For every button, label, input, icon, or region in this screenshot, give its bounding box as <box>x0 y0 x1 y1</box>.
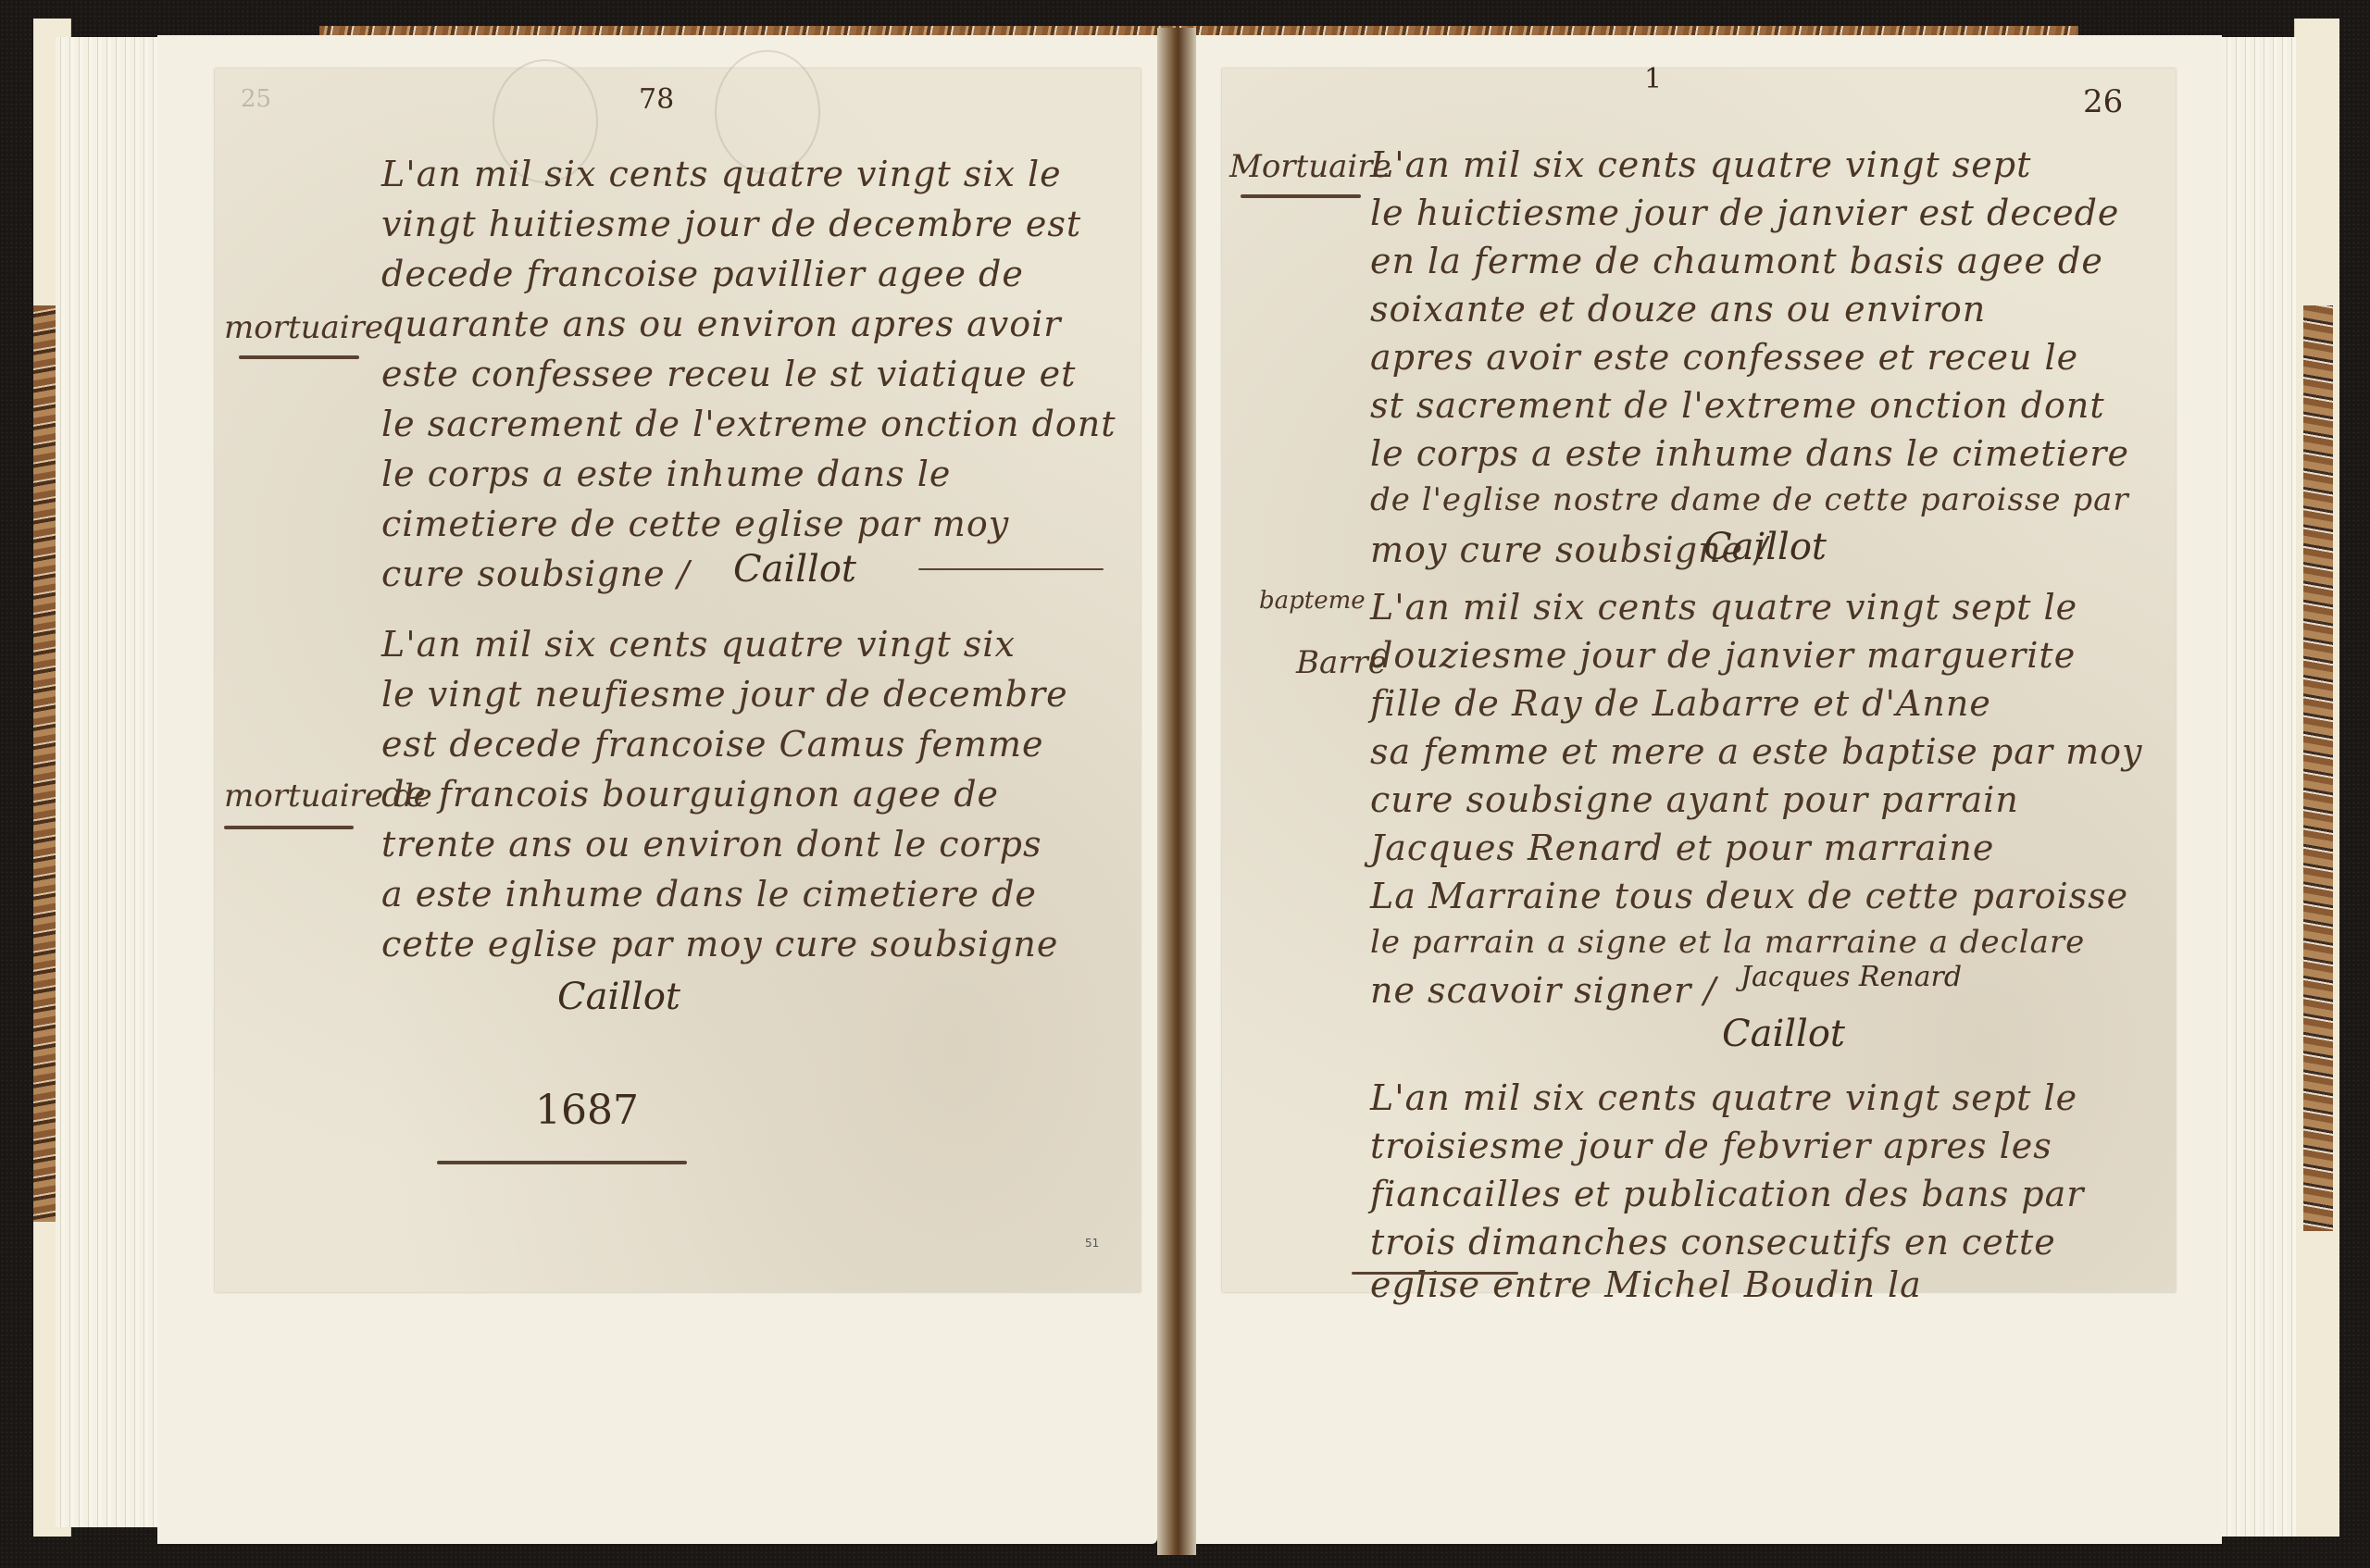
entry-line: L'an mil six cents quatre vingt sept <box>1370 144 2031 185</box>
margin-note-mortuaire: mortuaire <box>224 309 383 346</box>
printed-folio-number: 51 <box>1085 1237 1099 1250</box>
entry-line: le corps a este inhume dans le <box>381 454 951 494</box>
entry-line: La Marraine tous deux de cette paroisse <box>1370 876 2128 916</box>
entry-line: L'an mil six cents quatre vingt sept le <box>1370 587 2077 628</box>
entry-line: vingt huitiesme jour de decembre est <box>381 204 1081 244</box>
entry-line: L'an mil six cents quatre vingt sept le <box>1370 1077 2077 1118</box>
open-book: 25 78 L'an mil six cents quatre vingt si… <box>0 0 2370 1568</box>
margin-rule <box>1241 194 1361 198</box>
signature-flourish <box>918 568 1104 570</box>
entry-line: de francois bourguignon agee de <box>381 774 999 815</box>
flourish <box>1352 1272 1518 1275</box>
entry-line: Jacques Renard et pour marraine <box>1370 828 1994 868</box>
entry-line: trois dimanches consecutifs en cette <box>1370 1222 2056 1263</box>
entry-line: apres avoir este confessee et receu le <box>1370 337 2078 378</box>
margin-note-mortuaire: mortuaire de <box>224 778 432 815</box>
entry-line: ne scavoir signer / <box>1370 970 1716 1011</box>
entry-line: fiancailles et publication des bans par <box>1370 1174 2084 1214</box>
margin-rule <box>224 826 354 829</box>
entry-line: le huictiesme jour de janvier est decede <box>1370 193 2119 233</box>
entry-line: le sacrement de l'extreme onction dont <box>381 404 1116 444</box>
entry-line: st sacrement de l'extreme onction dont <box>1370 385 2105 426</box>
margin-rule <box>239 355 359 359</box>
priest-signature: Caillot <box>733 548 856 591</box>
entry-line: eglise entre Michel Boudin la <box>1370 1264 1922 1305</box>
entry-line: cure soubsigne ayant pour parrain <box>1370 779 2019 820</box>
entry-line: cette eglise par moy cure soubsigne <box>381 924 1058 964</box>
entry-line: est decede francoise Camus femme <box>381 724 1043 765</box>
entry-line: fille de Ray de Labarre et d'Anne <box>1370 683 1991 724</box>
priest-signature: Caillot <box>1703 526 1827 568</box>
entry-line: en la ferme de chaumont basis agee de <box>1370 241 2103 281</box>
entry-line: soixante et douze ans ou environ <box>1370 289 1986 330</box>
top-page-mark: 1 <box>1644 63 1662 95</box>
year-underline <box>437 1161 687 1164</box>
entry-line: a este inhume dans le cimetiere de <box>381 874 1037 915</box>
corner-page-number: 25 <box>241 85 271 113</box>
margin-note-bapteme: bapteme <box>1259 587 1366 615</box>
entry-line: trente ans ou environ dont le corps <box>381 824 1042 865</box>
book-gutter <box>1157 28 1196 1555</box>
entry-line: le parrain a signe et la marraine a decl… <box>1370 924 2085 961</box>
left-page-stack <box>56 37 167 1527</box>
entry-line: sa femme et mere a este baptise par moy <box>1370 731 2142 772</box>
entry-line: cimetiere de cette eglise par moy <box>381 504 1009 544</box>
marbled-right-edge <box>2303 305 2333 1231</box>
margin-note-mortuaire: Mortuaire <box>1229 148 1391 185</box>
entry-line: douziesme jour de janvier marguerite <box>1370 635 2076 676</box>
entry-line: L'an mil six cents quatre vingt six le <box>381 154 1062 194</box>
left-manuscript-sheet: 25 78 L'an mil six cents quatre vingt si… <box>215 68 1141 1292</box>
folio-number: 26 <box>2083 83 2123 120</box>
top-page-mark: 78 <box>639 83 674 116</box>
entry-line: este confessee receu le st viatique et <box>381 354 1076 394</box>
entry-line: cure soubsigne / <box>381 554 691 594</box>
entry-line: de l'eglise nostre dame de cette paroiss… <box>1370 481 2129 518</box>
entry-line: le vingt neufiesme jour de decembre <box>381 674 1068 715</box>
marbled-left-edge <box>33 305 56 1222</box>
witness-signature: Jacques Renard <box>1740 961 1962 993</box>
entry-line: le corps a este inhume dans le cimetiere <box>1370 433 2129 474</box>
priest-signature: Caillot <box>1722 1013 1845 1055</box>
right-manuscript-sheet: 1 26 Mortuaire L'an mil six cents quatre… <box>1222 68 2176 1292</box>
entry-line: quarante ans ou environ apres avoir <box>381 304 1061 344</box>
entry-line: L'an mil six cents quatre vingt six <box>381 624 1016 665</box>
entry-line: decede francoise pavillier agee de <box>381 254 1024 294</box>
entry-line: troisiesme jour de febvrier apres les <box>1370 1126 2052 1166</box>
priest-signature: Caillot <box>557 976 680 1018</box>
year-heading: 1687 <box>535 1087 639 1134</box>
